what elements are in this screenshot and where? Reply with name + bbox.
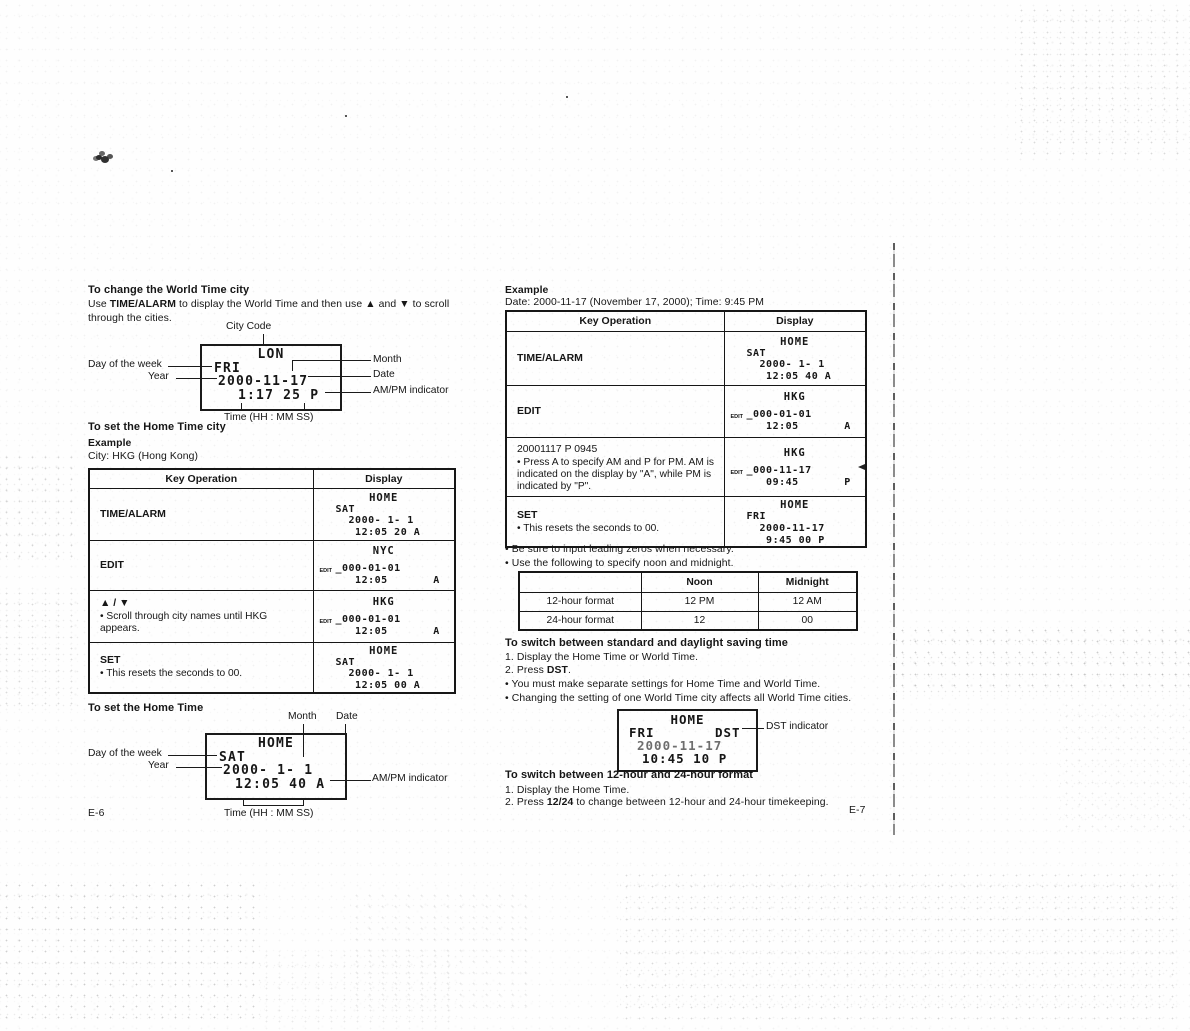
lcd-mode-tag: HOME xyxy=(207,736,345,751)
year-label: Year xyxy=(148,371,169,382)
display-cell: HKG EDIT_000-11-17 09:45 P xyxy=(724,437,866,497)
step-text: 2. Press xyxy=(505,797,547,808)
lcd-line: EDIT_000-01-01 xyxy=(725,409,866,421)
heading-dst-switch: To switch between standard and daylight … xyxy=(505,637,788,649)
key-operation-label: TIME/ALARM xyxy=(100,508,305,520)
scan-noise-patch xyxy=(350,890,530,1010)
table-row: 12-hour format 12 PM 12 AM xyxy=(519,592,857,611)
page-number-e7: E-7 xyxy=(849,804,865,818)
edit-indicator-badge: EDIT xyxy=(731,412,744,424)
date-label: Date xyxy=(373,369,395,380)
leader-line xyxy=(176,767,222,768)
ink-speck xyxy=(171,170,173,172)
display-cell: HOME FRI 2000-11-17 9:45 00 P xyxy=(724,497,866,547)
key-operation-table-left: Key Operation Display TIME/ALARM HOME SA… xyxy=(88,468,456,694)
dst-indicator-label: DST indicator xyxy=(766,721,828,732)
display-cell: NYC EDIT_000-01-01 12:05 A xyxy=(313,540,455,590)
key-operation-label: EDIT xyxy=(517,405,716,417)
lcd-line: FRI xyxy=(725,511,866,523)
column-header-display: Display xyxy=(724,311,866,331)
lcd-line: 9:45 00 P xyxy=(725,535,866,547)
edit-indicator-badge: EDIT xyxy=(320,566,333,578)
midnight-value: 12 AM xyxy=(758,592,857,611)
home-time-display-diagram: HOME SAT 2000- 1- 1 12:05 40 A xyxy=(205,733,347,800)
heading-12-24-switch: To switch between 12-hour and 24-hour fo… xyxy=(505,769,753,781)
leader-line xyxy=(292,360,371,361)
step-text: . xyxy=(568,665,571,676)
12-24-key-name: 12/24 xyxy=(547,797,574,808)
key-operation-entry: 20001117 P 0945 xyxy=(517,444,716,455)
scan-noise-patch xyxy=(620,870,1180,1020)
lcd-mode-tag: HKG xyxy=(725,447,866,459)
scan-noise-patch xyxy=(0,880,265,1020)
key-operation-note: • Scroll through city names until HKG ap… xyxy=(100,611,305,636)
lcd-text: _000-01-01 xyxy=(747,409,812,420)
month-label: Month xyxy=(288,711,317,722)
lcd-mode-tag: HOME xyxy=(725,336,866,348)
lcd-date: 2000-11-17 xyxy=(218,374,308,389)
bracket-line xyxy=(243,805,304,806)
leader-line xyxy=(308,376,371,377)
key-operation-label: ▲ / ▼ xyxy=(100,597,305,609)
bullet-noon-midnight: • Use the following to specify noon and … xyxy=(505,557,734,571)
page-binding-line xyxy=(893,243,895,835)
key-operation-note: • This resets the seconds to 00. xyxy=(517,523,722,535)
scan-noise-patch xyxy=(896,625,1190,693)
lcd-time: 10:45 10 P xyxy=(642,751,727,766)
down-arrow-icon: ▼ xyxy=(399,299,409,310)
lcd-line: 12:05 00 A xyxy=(314,680,455,692)
page-number-e6: E-6 xyxy=(88,807,104,821)
edit-indicator-badge: EDIT xyxy=(731,468,744,480)
leader-line xyxy=(263,334,264,344)
manual-page-spread: To change the World Time city Use TIME/A… xyxy=(0,0,1190,1031)
lcd-mode-tag: HOME xyxy=(314,492,455,504)
bullet-world-time-cities: • Changing the setting of one World Time… xyxy=(505,692,851,706)
column-header-display: Display xyxy=(313,469,455,488)
ink-speck xyxy=(566,96,568,98)
lcd-text: _000-11-17 xyxy=(747,465,812,476)
leader-line xyxy=(742,728,764,729)
lcd-line: 2000- 1- 1 xyxy=(725,359,866,371)
display-cell: HKG EDIT_000-01-01 12:05 A xyxy=(724,385,866,437)
lcd-line: 12:05 A xyxy=(725,421,866,433)
scan-noise-patch xyxy=(0,588,80,708)
lcd-line: 12:05 40 A xyxy=(725,371,866,383)
paragraph-text: to display the World Time and then use xyxy=(176,299,365,310)
month-label: Month xyxy=(373,354,402,365)
lcd-line: 2000-11-17 xyxy=(725,523,866,535)
table-row: TIME/ALARM HOME SAT 2000- 1- 1 12:05 20 … xyxy=(89,488,455,540)
example-city: City: HKG (Hong Kong) xyxy=(88,450,198,464)
lcd-time: 12:05 40 A xyxy=(235,777,325,792)
lcd-mode-tag: HKG xyxy=(314,596,455,608)
leader-line xyxy=(325,392,371,393)
noon-midnight-table: Noon Midnight 12-hour format 12 PM 12 AM… xyxy=(518,571,858,631)
paragraph-text: and xyxy=(376,299,400,310)
leader-line xyxy=(168,755,217,756)
paragraph-text: Use xyxy=(88,299,110,310)
bullet-separate-settings: • You must make separate settings for Ho… xyxy=(505,678,820,692)
key-operation-label: SET xyxy=(100,654,305,666)
lcd-time: 1:17 25 P xyxy=(238,388,319,403)
lcd-mode-tag: NYC xyxy=(314,545,455,557)
scan-noise-patch xyxy=(0,452,75,562)
format-label: 12-hour format xyxy=(519,592,641,611)
key-operation-note: • Press A to specify AM and P for PM. AM… xyxy=(517,457,722,494)
day-of-week-label: Day of the week xyxy=(88,748,162,759)
lcd-line: EDIT_000-01-01 xyxy=(314,563,455,575)
lcd-line: 12:05 20 A xyxy=(314,527,455,539)
scan-noise-patch xyxy=(260,950,460,1030)
key-operation-note: • This resets the seconds to 00. xyxy=(100,668,305,680)
scan-noise-patch xyxy=(1060,700,1190,830)
lcd-date: 2000- 1- 1 xyxy=(223,763,313,778)
column-header-noon: Noon xyxy=(641,572,758,592)
format-label: 24-hour format xyxy=(519,611,641,630)
lcd-line: SAT xyxy=(314,657,455,669)
key-operation-label: SET xyxy=(517,509,716,521)
example-label: Example xyxy=(88,437,131,451)
noon-value: 12 PM xyxy=(641,592,758,611)
edit-indicator-badge: EDIT xyxy=(320,617,333,629)
table-row: SET • This resets the seconds to 00. HOM… xyxy=(89,642,455,693)
lcd-line: EDIT_000-01-01 xyxy=(314,614,455,626)
leader-line xyxy=(292,360,293,371)
table-row: 20001117 P 0945 • Press A to specify AM … xyxy=(506,437,866,497)
leader-line xyxy=(330,780,371,781)
table-row: ▲ / ▼ • Scroll through city names until … xyxy=(89,590,455,642)
heading-set-home-time-city: To set the Home Time city xyxy=(88,421,226,433)
example-date-line: Date: 2000-11-17 (November 17, 2000); Ti… xyxy=(505,296,764,310)
lcd-line: EDIT_000-11-17 xyxy=(725,465,866,477)
lcd-line: 09:45 P xyxy=(725,477,866,489)
scan-noise-patch xyxy=(1015,5,1190,155)
step-2-dst: 2. Press DST. xyxy=(505,664,571,678)
column-header-key-operation: Key Operation xyxy=(89,469,313,488)
city-code-label: City Code xyxy=(226,321,271,332)
table-row: EDIT NYC EDIT_000-01-01 12:05 A xyxy=(89,540,455,590)
midnight-value: 00 xyxy=(758,611,857,630)
ink-speck xyxy=(345,115,347,117)
column-header-key-operation: Key Operation xyxy=(506,311,724,331)
table-row: EDIT HKG EDIT_000-01-01 12:05 A xyxy=(506,385,866,437)
up-arrow-icon: ▲ xyxy=(365,299,375,310)
lcd-line: 2000- 1- 1 xyxy=(314,515,455,527)
lcd-mode-tag: HOME xyxy=(725,499,866,511)
column-header-midnight: Midnight xyxy=(758,572,857,592)
lcd-line: 2000- 1- 1 xyxy=(314,668,455,680)
time-format-label: Time (HH : MM SS) xyxy=(224,412,313,423)
heading-change-world-time-city: To change the World Time city xyxy=(88,284,249,296)
step-text: 2. Press xyxy=(505,665,547,676)
lcd-line: SAT xyxy=(725,348,866,360)
time-alarm-key-name: TIME/ALARM xyxy=(110,299,176,310)
dst-key-name: DST xyxy=(547,665,568,676)
time-format-label: Time (HH : MM SS) xyxy=(224,808,313,819)
display-cell: HKG EDIT_000-01-01 12:05 A xyxy=(313,590,455,642)
lcd-line: 12:05 A xyxy=(314,575,455,587)
empty-header-cell xyxy=(519,572,641,592)
lcd-mode-tag: HKG xyxy=(725,391,866,403)
table-row: TIME/ALARM HOME SAT 2000- 1- 1 12:05 40 … xyxy=(506,331,866,385)
display-cell: HOME SAT 2000- 1- 1 12:05 20 A xyxy=(313,488,455,540)
display-cell: HOME SAT 2000- 1- 1 12:05 40 A xyxy=(724,331,866,385)
world-time-display-diagram: LON FRI 2000-11-17 1:17 25 P xyxy=(200,344,342,411)
lcd-text: _000-01-01 xyxy=(336,563,401,574)
lcd-mode-tag: HOME xyxy=(314,645,455,657)
table-row: 24-hour format 12 00 xyxy=(519,611,857,630)
bullet-leading-zeros: • Be sure to input leading zeros when ne… xyxy=(505,543,734,557)
step-2-format: 2. Press 12/24 to change between 12-hour… xyxy=(505,796,829,810)
ink-blob xyxy=(96,155,102,160)
paragraph-world-time: Use TIME/ALARM to display the World Time… xyxy=(88,298,460,326)
step-text: to change between 12-hour and 24-hour ti… xyxy=(573,797,828,808)
key-operation-label: TIME/ALARM xyxy=(517,352,716,364)
leader-line xyxy=(176,378,217,379)
day-of-week-label: Day of the week xyxy=(88,359,162,370)
noon-value: 12 xyxy=(641,611,758,630)
key-operation-table-right: Key Operation Display TIME/ALARM HOME SA… xyxy=(505,310,867,548)
leader-line xyxy=(168,366,212,367)
table-row: SET • This resets the seconds to 00. HOM… xyxy=(506,497,866,547)
key-operation-label: EDIT xyxy=(100,559,305,571)
step-1-dst: 1. Display the Home Time or World Time. xyxy=(505,651,698,665)
lcd-line: 12:05 A xyxy=(314,626,455,638)
heading-set-home-time: To set the Home Time xyxy=(88,702,203,714)
lcd-line: SAT xyxy=(314,504,455,516)
display-cell: HOME SAT 2000- 1- 1 12:05 00 A xyxy=(313,642,455,693)
date-label: Date xyxy=(336,711,358,722)
lcd-text: _000-01-01 xyxy=(336,614,401,625)
bracket-line xyxy=(241,410,305,411)
ampm-indicator-label: AM/PM indicator xyxy=(373,385,449,396)
ampm-indicator-label: AM/PM indicator xyxy=(372,773,448,784)
year-label: Year xyxy=(148,760,169,771)
dst-display-diagram: HOME FRI DST 2000-11-17 10:45 10 P xyxy=(617,709,758,772)
